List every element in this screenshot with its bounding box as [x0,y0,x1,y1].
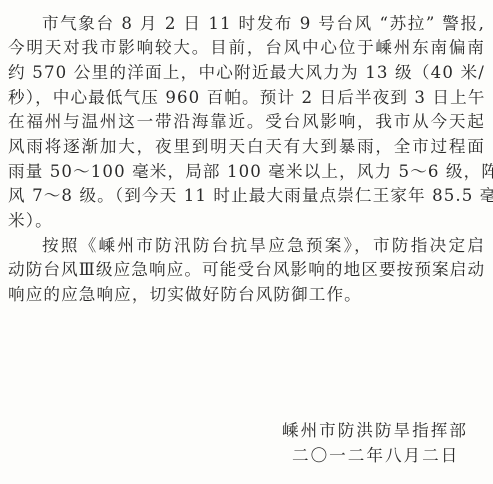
paragraph-1-line-9: 米）。 [8,211,485,231]
paragraph-1-line-5: 在福州与温州这一带沿海靠近。受台风影响，我市从今天起 [8,112,485,132]
signature-organization: 嵊州市防洪防旱指挥部 [282,421,468,441]
paragraph-1-line-7: 雨量 50～100 毫米，局部 100 毫米以上，风力 5～6 级，阵 [8,162,485,182]
notice-document: 市气象台 8 月 2 日 11 时发布 9 号台风 “苏拉” 警报, 今明天对我… [0,0,493,484]
paragraph-1-line-4: 秒），中心最低气压 960 百帕。预计 2 日后半夜到 3 日上午 [8,88,485,108]
paragraph-2-line-3: 响应的应急响应，切实做好防台风防御工作。 [8,285,485,305]
paragraph-1-line-1: 市气象台 8 月 2 日 11 时发布 9 号台风 “苏拉” 警报, [42,14,485,34]
paragraph-1-line-2: 今明天对我市影响较大。目前，台风中心位于嵊州东南偏南 [8,38,485,58]
signature-date: 二〇一二年八月二日 [292,446,459,466]
paragraph-1-line-6: 风雨将逐渐加大，夜里到明天白天有大到暴雨，全市过程面 [8,137,485,157]
paragraph-1-line-3: 约 570 公里的洋面上，中心附近最大风力为 13 级（40 米/ [8,63,485,83]
paragraph-2-line-2: 动防台风Ⅲ级应急响应。可能受台风影响的地区要按预案启动 [8,260,485,280]
paragraph-1-line-8: 风 7～8 级。（到今天 11 时止最大雨量点崇仁王家年 85.5 毫 [8,186,485,206]
paragraph-2-line-1: 按照《嵊州市防汛防台抗旱应急预案》，市防指决定启 [42,236,485,256]
